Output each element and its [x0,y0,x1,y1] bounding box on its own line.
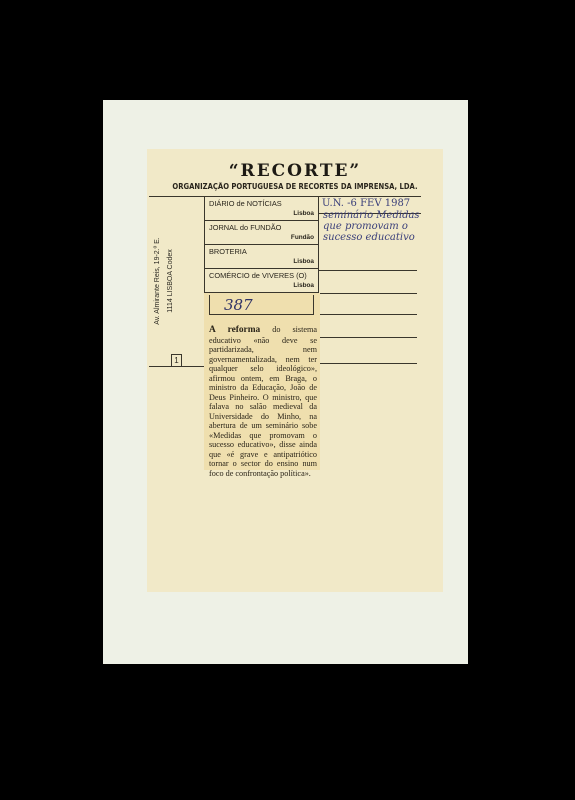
address-line-2: 1114 LISBOA Codex [164,181,177,381]
newspaper-row: BROTERIA Lisboa [205,245,318,269]
note-rule [319,270,417,271]
article-text: A reforma do sistema educativo «não deve… [209,325,317,478]
note-rule [319,314,417,315]
note-rule [319,363,417,364]
newspaper-city: Lisboa [293,210,314,217]
newspaper-name: DIÁRIO de NOTÍCIAS [209,199,282,208]
newspaper-city: Lisboa [293,258,314,265]
article-lead: A reforma [209,325,260,335]
handwritten-date: U.N. -6 FEV 1987 [322,198,410,209]
article-body: do sistema educativo «não deve se partid… [209,325,317,478]
address-block: Av. Almirante Reis, 19-2.º E. 1114 LISBO… [151,181,177,381]
newspaper-clipping: 387 A reforma do sistema educativo «não … [204,293,320,470]
clipping-number: 387 [209,295,314,315]
newspaper-name: COMÉRCIO de VIVERES (O) [209,271,307,280]
left-rule [149,366,204,367]
brand-subtitle: ORGANIZAÇÃO PORTUGUESA DE RECORTES DA IM… [162,182,428,191]
newspaper-city: Lisboa [293,282,314,289]
handwritten-line: que promovam o [323,221,408,232]
newspaper-row: DIÁRIO de NOTÍCIAS Lisboa [205,197,318,221]
newspaper-name: BROTERIA [209,247,247,256]
newspaper-row: JORNAL do FUNDÃO Fundão [205,221,318,245]
note-rule [319,293,417,294]
address-line-1: Av. Almirante Reis, 19-2.º E. [151,181,164,381]
handwritten-line: sucesso educativo [323,232,415,243]
newspaper-row: COMÉRCIO de VIVERES (O) Lisboa [205,269,318,293]
newspaper-city: Fundão [291,234,314,241]
newspaper-name: JORNAL do FUNDÃO [209,223,281,232]
note-rule [319,337,417,338]
handwritten-line: seminário Medidas [323,210,420,221]
brand-title: “RECORTE” [147,161,443,181]
